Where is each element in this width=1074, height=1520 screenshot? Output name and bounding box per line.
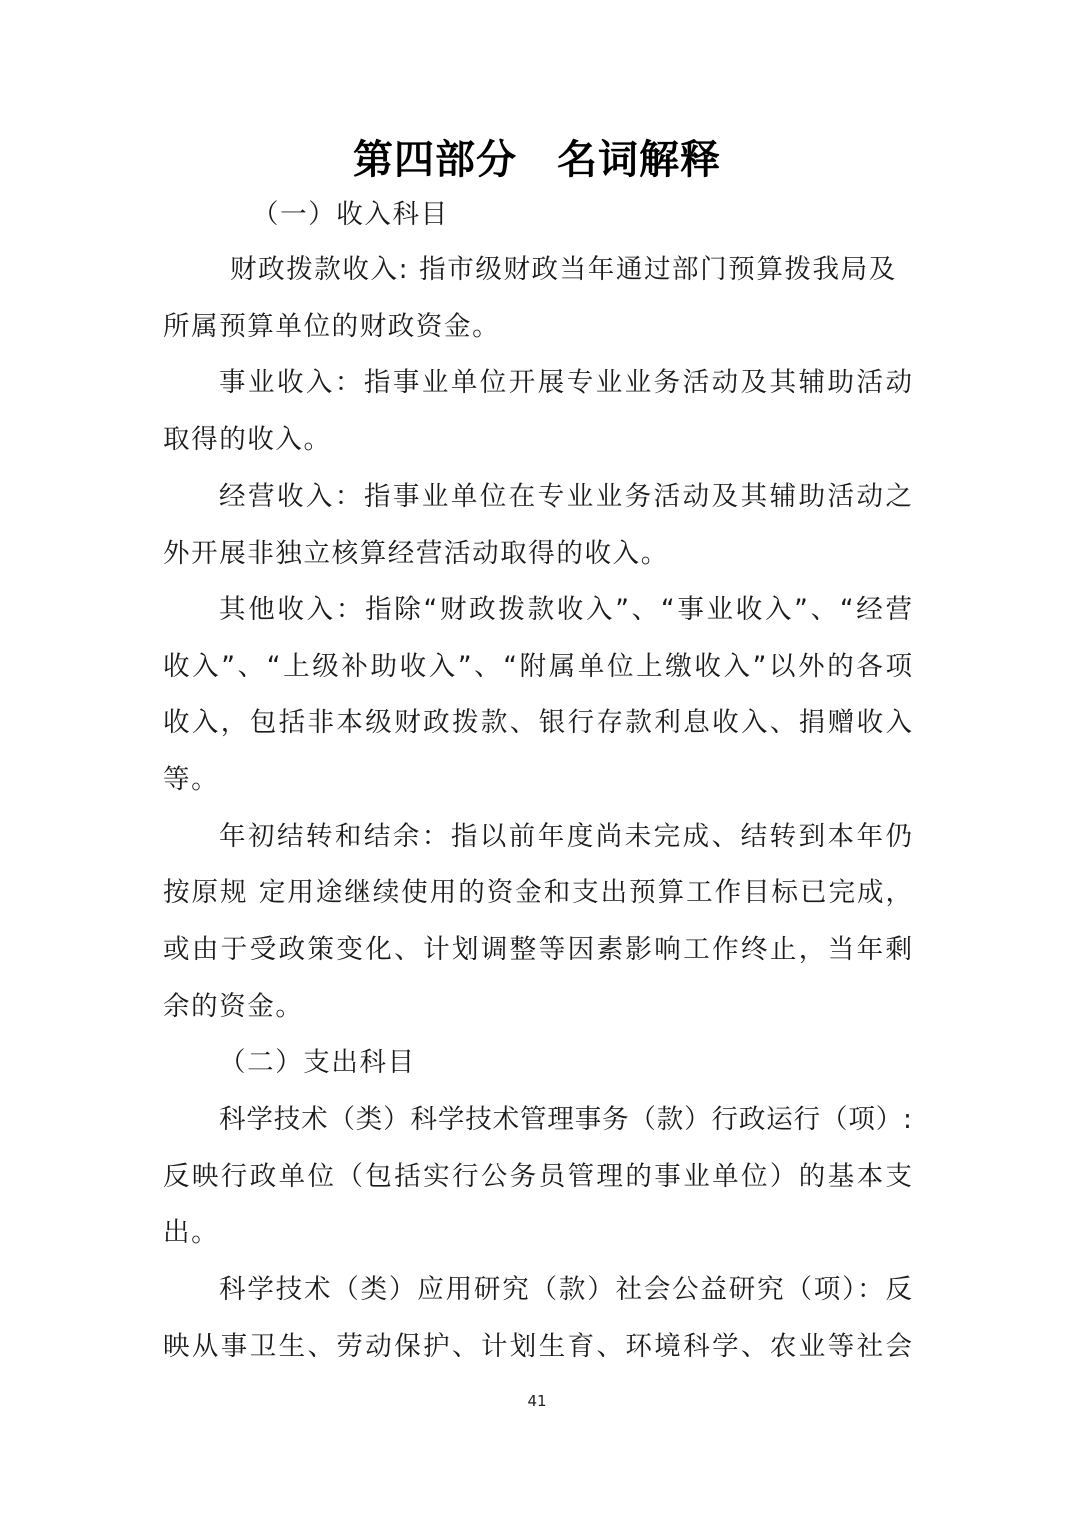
paragraph-line: 取得的收入。 <box>163 423 915 457</box>
paragraph-line: 按原规 定用途继续使用的资金和支出预算工作目标已完成， <box>163 876 912 910</box>
section-heading-expenditure: （二）支出科目 <box>219 1046 971 1080</box>
paragraph-line: 或由于受政策变化、计划调整等因素影响工作终止，当年剩 <box>163 933 912 967</box>
paragraph-line: 经营收入：指事业单位在专业业务活动及其辅助活动之 <box>219 480 912 514</box>
paragraph-line: 反映行政单位（包括实行公务员管理的事业单位）的基本支 <box>163 1160 912 1194</box>
paragraph-line: 收入，包括非本级财政拨款、银行存款利息收入、捐赠收入 <box>163 706 912 740</box>
paragraph-line: 余的资金。 <box>163 990 915 1024</box>
paragraph-line: 科学技术（类）应用研究（款）社会公益研究（项）：反 <box>219 1273 912 1307</box>
paragraph-line: 所属预算单位的财政资金。 <box>163 310 915 344</box>
paragraph-line: 外开展非独立核算经营活动取得的收入。 <box>163 537 915 571</box>
page-title: 第四部分名词解释 <box>0 134 1074 186</box>
section-heading-income: （一）收入科目 <box>252 198 1004 232</box>
title-part-1: 第四部分 <box>353 136 517 183</box>
paragraph-line: 财政拨款收入: 指市级财政当年通过部门预算拨我局及 <box>230 253 912 287</box>
paragraph-line: 出。 <box>163 1216 915 1250</box>
paragraph-line: 科学技术（类）科学技术管理事务（款）行政运行（项）: <box>219 1103 912 1137</box>
paragraph-line: 其他收入：指除“财政拨款收入”、“事业收入”、“经营 <box>219 593 912 627</box>
document-page: 第四部分名词解释 （一）收入科目 财政拨款收入: 指市级财政当年通过部门预算拨我… <box>0 0 1074 1520</box>
paragraph-line: 事业收入：指事业单位开展专业业务活动及其辅助活动 <box>219 366 912 400</box>
paragraph-line: 等。 <box>163 763 915 797</box>
page-number: 41 <box>0 1392 1074 1410</box>
paragraph-line: 映从事卫生、劳动保护、计划生育、环境科学、农业等社会 <box>163 1330 912 1364</box>
title-part-2: 名词解释 <box>557 136 721 183</box>
paragraph-line: 年初结转和结余：指以前年度尚未完成、结转到本年仍 <box>219 820 912 854</box>
paragraph-line: 收入”、“上级补助收入”、“附属单位上缴收入”以外的各项 <box>163 650 912 684</box>
